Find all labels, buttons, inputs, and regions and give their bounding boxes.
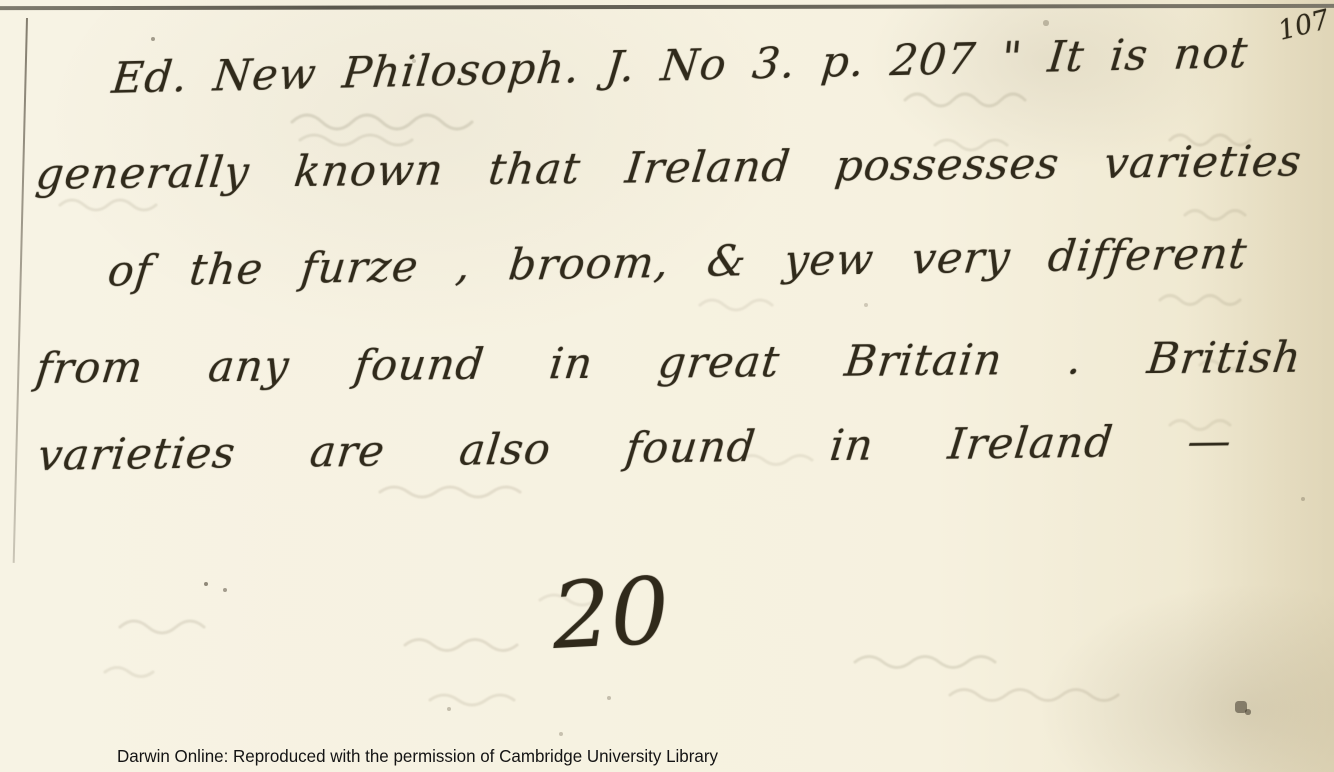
manuscript-line: generally known that Ireland possesses v…: [33, 139, 1304, 200]
manuscript-line: varieties are also found in Ireland —: [35, 418, 1234, 480]
permission-caption: Darwin Online: Reproduced with the permi…: [117, 746, 718, 767]
paper-shading: [1184, 0, 1334, 772]
scan-top-edge: [0, 4, 1334, 10]
manuscript-line: of the furze , broom, & yew very differe…: [105, 231, 1249, 296]
card-left-edge: [13, 18, 28, 563]
sheet-number: 20: [549, 557, 672, 670]
paper-specks: [0, 0, 2, 2]
manuscript-line: from any found in great Britain . Britis…: [33, 335, 1304, 393]
manuscript-page: Ed. New Philosoph. J. No 3. p. 207 " It …: [0, 0, 1334, 772]
manuscript-line: Ed. New Philosoph. J. No 3. p. 207 " It …: [110, 30, 1251, 103]
